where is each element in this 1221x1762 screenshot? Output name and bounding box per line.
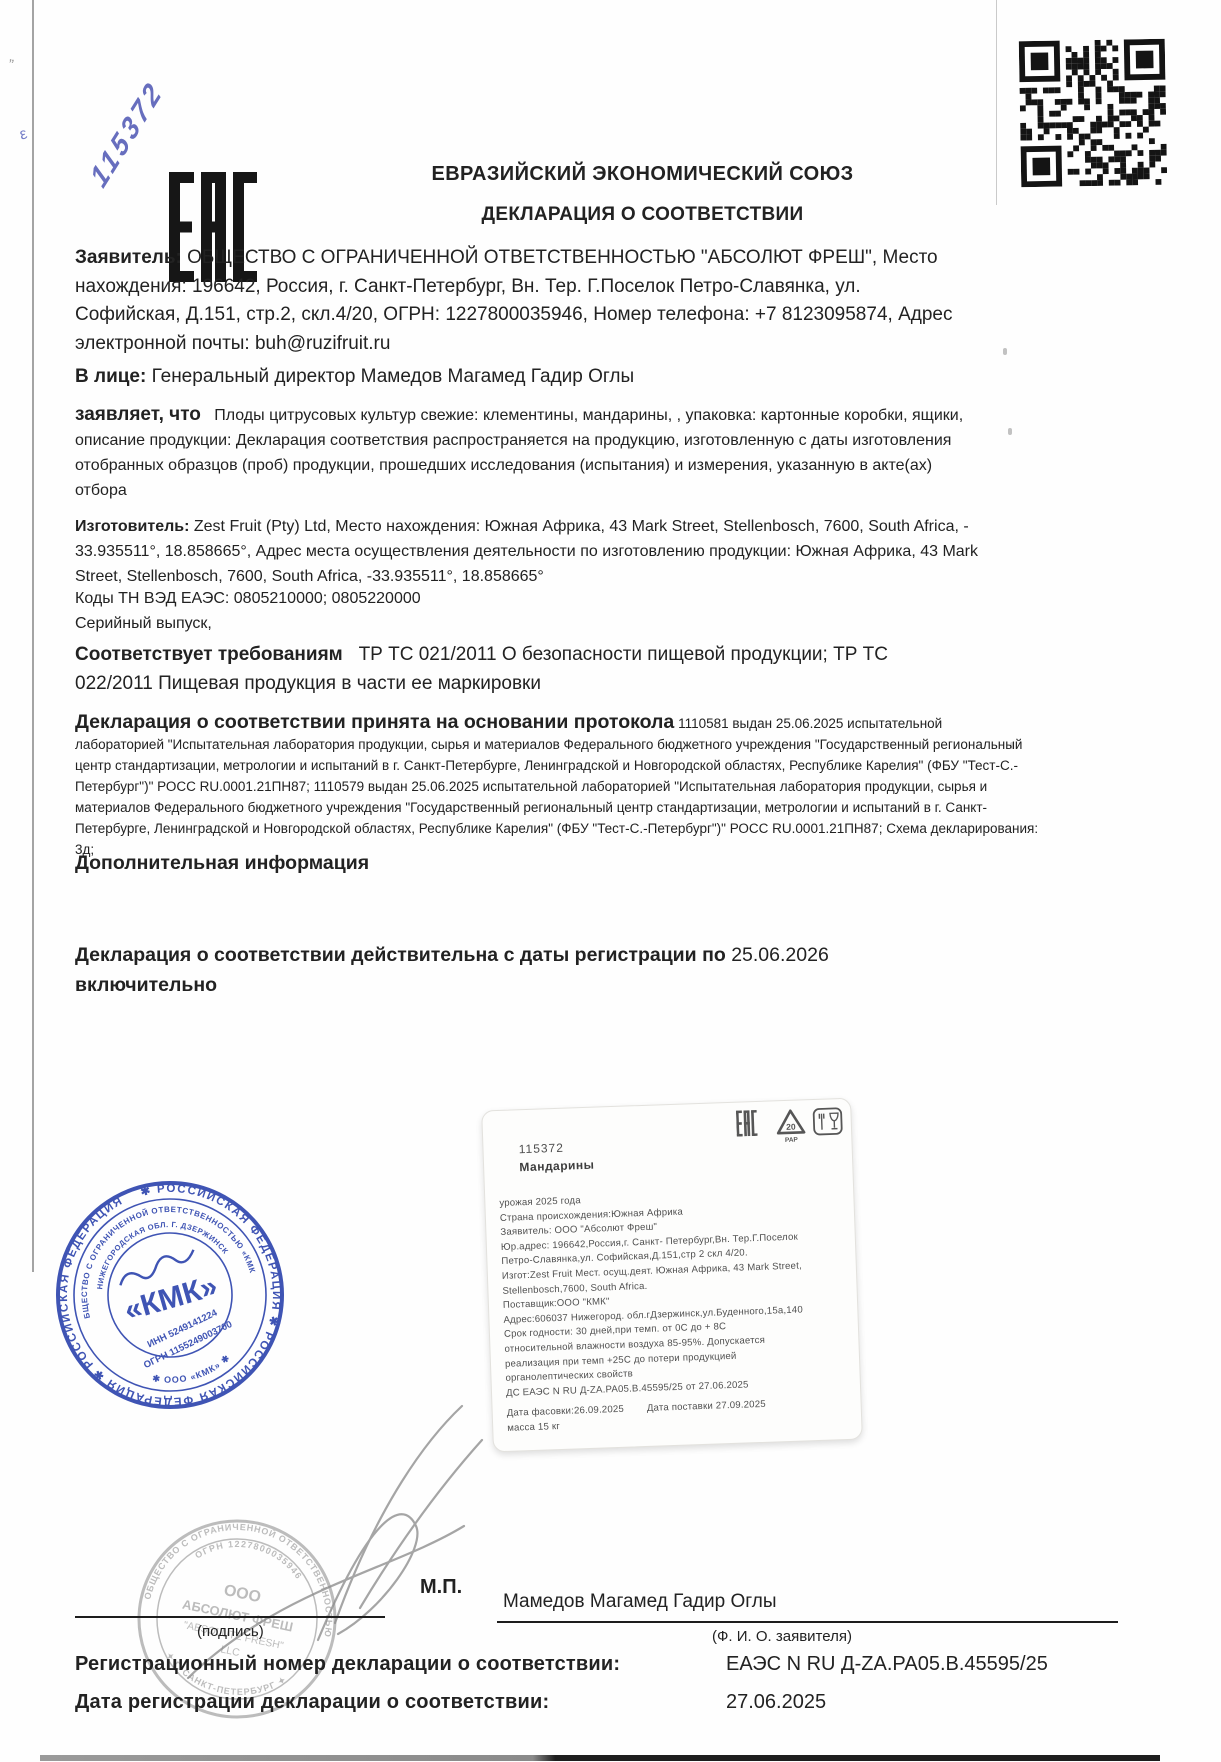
scan-pen-artifact: ε: [18, 125, 30, 144]
fio-line: [497, 1621, 1118, 1623]
validity-paragraph: Декларация о соответствии действительна …: [75, 940, 1155, 1000]
mp-seal-label: М.П.: [420, 1576, 462, 1599]
svg-text:PAP: PAP: [785, 1137, 799, 1144]
declares-text: Плоды цитрусовых культур свежие: клемент…: [75, 407, 963, 499]
basis-label: Декларация о соответствии принята на осн…: [75, 711, 674, 733]
signature-caption: (подпись): [197, 1623, 264, 1640]
glass-fork-icon: [812, 1107, 843, 1136]
in-person-paragraph: В лице: Генеральный директор Мамедов Маг…: [75, 366, 1155, 388]
manufacturer-label: Изготовитель:: [75, 518, 189, 535]
validity-label: Декларация о соответствии действительна …: [75, 944, 726, 966]
basis-paragraph: Декларация о соответствии принята на осн…: [75, 712, 1155, 860]
sticker-product-name: Мандарины: [519, 1158, 595, 1175]
handwritten-number: 115372: [75, 59, 178, 209]
registration-date-value: 27.06.2025: [726, 1691, 826, 1714]
applicant-text: ОБЩЕСТВО С ОГРАНИЧЕННОЙ ОТВЕТСТВЕННОСТЬЮ…: [75, 247, 952, 354]
declares-paragraph: заявляет, что Плоды цитрусовых культур с…: [75, 402, 1155, 503]
scan-bottom-edge: [40, 1755, 1160, 1761]
sticker-icons: 20 PAP: [724, 1107, 843, 1147]
complies-paragraph: Соответствует требованиям ТР ТС 021/2011…: [75, 640, 1155, 698]
product-label-sticker: 20 PAP 115372 Мандарины урожая 2025 года…: [481, 1098, 863, 1452]
scan-pen-artifact: „: [8, 48, 16, 66]
manufacturer-text: Zest Fruit (Pty) Ltd, Место нахождения: …: [75, 518, 978, 585]
serial-line: Серийный выпуск,: [75, 615, 1155, 633]
registration-number-value: ЕАЭС N RU Д-ZA.РА05.В.45595/25: [726, 1653, 1048, 1676]
header-union: ЕВРАЗИЙСКИЙ ЭКОНОМИЧЕСКИЙ СОЮЗ: [32, 163, 1221, 186]
sticker-number: 115372: [518, 1137, 611, 1158]
applicant-label: Заявитель:: [75, 247, 182, 268]
registration-number-label: Регистрационный номер декларации о соотв…: [75, 1653, 620, 1676]
in-person-text: Генеральный директор Мамедов Магамед Гад…: [152, 366, 635, 387]
basis-text: 1110581 выдан 25.06.2025 испытательной л…: [75, 716, 1038, 857]
additional-info-label: Дополнительная информация: [75, 852, 1155, 875]
tn-ved-line: Коды ТН ВЭД ЕАЭС: 0805210000; 0805220000: [75, 590, 1155, 608]
scan-edge-line: [32, 0, 34, 1272]
registration-date-label: Дата регистрации декларации о соответств…: [75, 1691, 549, 1714]
applicant-paragraph: Заявитель: ОБЩЕСТВО С ОГРАНИЧЕННОЙ ОТВЕТ…: [75, 244, 1155, 358]
page-title: ДЕКЛАРАЦИЯ О СООТВЕТСТВИИ: [32, 204, 1221, 226]
validity-date: 25.06.2026: [731, 944, 829, 966]
manufacturer-paragraph: Изготовитель: Zest Fruit (Pty) Ltd, Мест…: [75, 514, 1155, 589]
svg-text:20: 20: [786, 1122, 796, 1132]
signature-line: [75, 1616, 385, 1618]
eac-icon: [724, 1110, 769, 1138]
declaration-document: „ ε 115372 ЕВРАЗИЙСКИЙ ЭКОНОМИЧЕСКИЙ СОЮ…: [0, 0, 1221, 1762]
applicant-name: Мамедов Магамед Гадир Оглы: [503, 1591, 776, 1613]
declares-label: заявляет, что: [75, 404, 201, 425]
validity-suffix: включительно: [75, 970, 1155, 1000]
complies-label: Соответствует требованиям: [75, 644, 343, 665]
fio-caption: (Ф. И. О. заявителя): [712, 1628, 852, 1645]
in-person-label: В лице:: [75, 366, 146, 387]
recycle-pap-icon: 20 PAP: [775, 1108, 806, 1145]
